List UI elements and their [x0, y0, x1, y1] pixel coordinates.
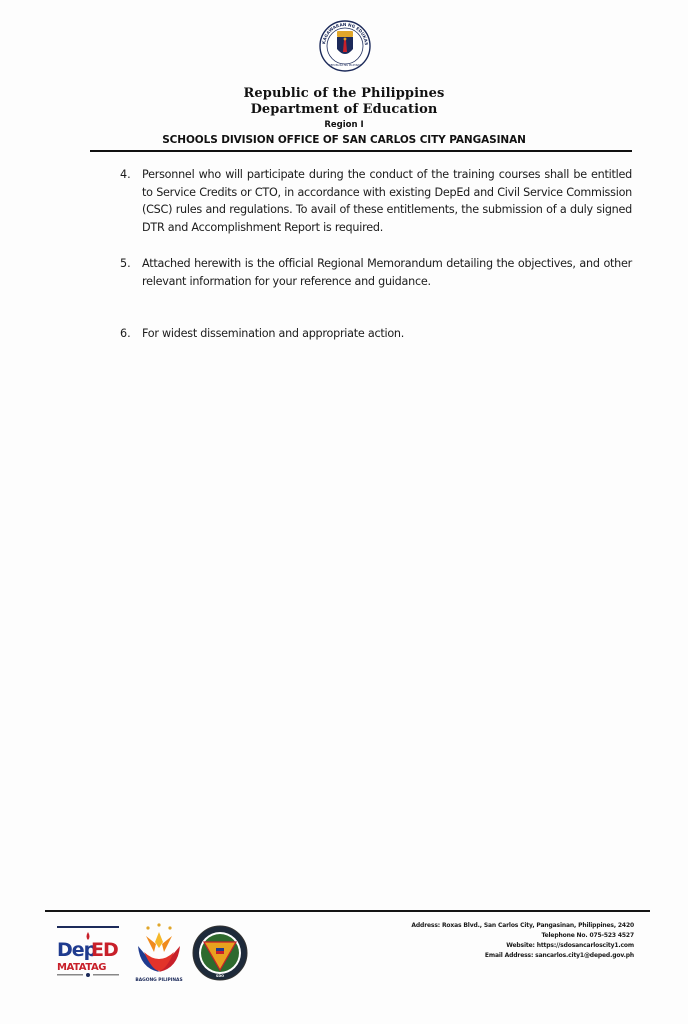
svg-text:MATATAG: MATATAG	[57, 962, 106, 973]
header-divider	[90, 150, 632, 152]
header-department: Department of Education	[0, 102, 688, 117]
item-number: 6.	[120, 325, 140, 343]
deped-matatag-logo-icon: Dep ED MATATAG	[55, 924, 125, 982]
document-page: KAGAWARAN NG EDUKASYON REPUBLIKA NG PILI…	[0, 0, 688, 1024]
item-text: Personnel who will participate during th…	[142, 166, 632, 236]
list-item-5: 5. Attached herewith is the official Reg…	[120, 255, 632, 290]
deped-seal-icon: KAGAWARAN NG EDUKASYON REPUBLIKA NG PILI…	[319, 18, 371, 80]
list-item-6: 6. For widest dissemination and appropri…	[120, 325, 632, 343]
footer-contact-block: Address: Roxas Blvd., San Carlos City, P…	[411, 921, 634, 961]
svg-text:BAGONG PILIPINAS: BAGONG PILIPINAS	[135, 977, 182, 983]
svg-text:SDO: SDO	[216, 974, 224, 978]
footer-address: Address: Roxas Blvd., San Carlos City, P…	[411, 921, 634, 931]
footer-website[interactable]: Website: https://sdosancarloscity1.com	[411, 941, 634, 951]
list-item-4: 4. Personnel who will participate during…	[120, 166, 632, 236]
svg-text:ED: ED	[91, 939, 118, 961]
footer-divider	[45, 910, 650, 912]
header-region: Region I	[0, 120, 688, 130]
header-republic: Republic of the Philippines	[0, 86, 688, 101]
item-number: 4.	[120, 166, 140, 184]
footer-telephone: Telephone No. 075-523 4527	[411, 931, 634, 941]
header-office: SCHOOLS DIVISION OFFICE OF SAN CARLOS CI…	[0, 134, 688, 146]
sdo-san-carlos-seal-icon: SDO	[191, 924, 249, 982]
item-text: For widest dissemination and appropriate…	[142, 325, 632, 343]
item-text: Attached herewith is the official Region…	[142, 255, 632, 290]
item-number: 5.	[120, 255, 140, 273]
footer-email[interactable]: Email Address: sancarlos.city1@deped.gov…	[411, 951, 634, 961]
svg-text:REPUBLIKA NG PILIPINAS: REPUBLIKA NG PILIPINAS	[329, 63, 362, 67]
bagong-pilipinas-logo-icon: BAGONG PILIPINAS	[130, 922, 188, 984]
